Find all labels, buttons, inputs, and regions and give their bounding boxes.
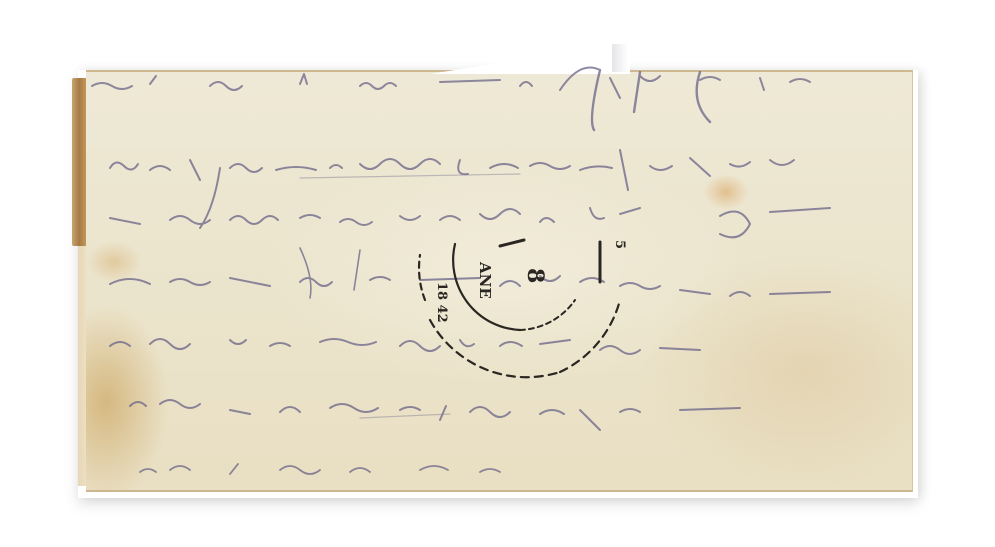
svg-text:5: 5 [612,240,627,249]
handwriting-bleed-through: 18 42 ANE 8 5 [0,0,995,547]
svg-text:18 42: 18 42 [434,282,449,323]
svg-text:8: 8 [522,268,548,283]
photo-scene: 18 42 ANE 8 5 8 Folded antique letter (v… [0,0,995,547]
svg-text:ANE: ANE [476,261,494,299]
postmark-text: 18 42 ANE 8 5 [434,240,627,323]
